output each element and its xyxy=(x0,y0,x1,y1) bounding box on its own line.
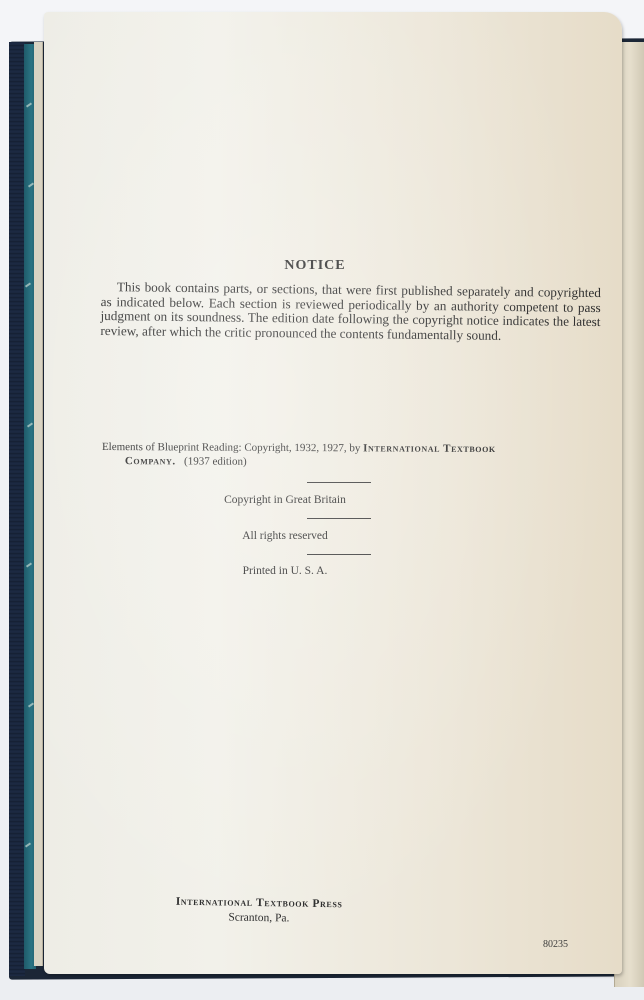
notice-body-text: This book contains parts, or sections, t… xyxy=(100,279,601,342)
publisher-imprint: International Textbook Press Scranton, P… xyxy=(0,891,548,930)
statement-rights-reserved: All rights reserved xyxy=(0,530,574,542)
marble-fleck xyxy=(27,422,33,427)
copyright-entry: Elements of Blueprint Reading: Copyright… xyxy=(102,440,592,471)
book-page: NOTICE This book contains parts, or sect… xyxy=(44,12,622,974)
photo-scene: NOTICE This book contains parts, or sect… xyxy=(0,0,644,1000)
divider-rule xyxy=(307,482,371,483)
notice-title: NOTICE xyxy=(26,258,604,274)
marble-fleck xyxy=(25,282,31,287)
serial-number: 80235 xyxy=(543,939,568,950)
marble-fleck xyxy=(25,842,31,847)
copyright-holder: International Textbook xyxy=(363,442,496,455)
edition-note: (1937 edition) xyxy=(184,455,247,467)
copyright-holder-cont: Company. xyxy=(125,455,176,467)
notice-body: This book contains parts, or sections, t… xyxy=(100,280,601,344)
divider-rule xyxy=(307,554,371,555)
copyright-text: : Copyright, 1932, 1927, by xyxy=(238,442,363,455)
marble-fleck xyxy=(26,102,32,107)
book-title: Elements of Blueprint Reading xyxy=(102,441,239,454)
divider-rule xyxy=(307,518,371,519)
cover-cloth-edge xyxy=(9,42,25,976)
statement-printed-in: Printed in U. S. A. xyxy=(0,565,574,577)
statement-copyright-britain: Copyright in Great Britain xyxy=(0,494,574,506)
